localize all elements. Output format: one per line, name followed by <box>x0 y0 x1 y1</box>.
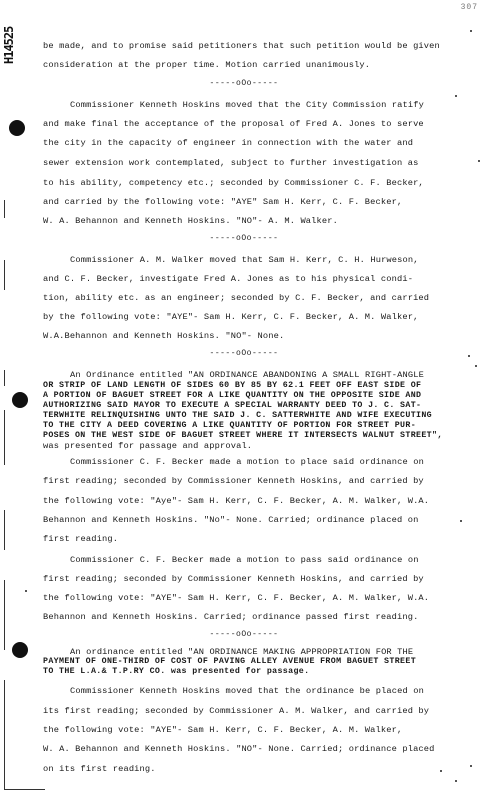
paragraph-2-line: Commissioner Kenneth Hoskins moved that … <box>70 100 424 110</box>
punch-hole-icon <box>12 642 28 658</box>
scan-noise <box>455 95 457 97</box>
scan-noise <box>25 590 27 592</box>
paragraph-6-line: Commissioner C. F. Becker made a motion … <box>70 555 419 565</box>
paragraph-6-line: the following vote: "AYE"- Sam H. Kerr, … <box>43 593 429 603</box>
paragraph-2-line: W. A. Behannon and Kenneth Hoskins. "NO"… <box>43 216 338 226</box>
paragraph-1-line: be made, and to promise said petitioners… <box>43 41 440 51</box>
margin-rule <box>4 510 5 550</box>
paragraph-3-line: Commissioner A. M. Walker moved that Sam… <box>70 255 419 265</box>
ordinance-title-line: AUTHORIZING SAID MAYOR TO EXECUTE A SPEC… <box>43 401 421 410</box>
paragraph-3-line: and C. F. Becker, investigate Fred A. Jo… <box>43 274 413 284</box>
page-mark: 307 <box>461 3 478 12</box>
paragraph-6-line: Behannon and Kenneth Hoskins. Carried; o… <box>43 612 418 622</box>
paragraph-2-line: to his ability, competency etc.; seconde… <box>43 178 424 188</box>
punch-hole-icon <box>12 392 28 408</box>
paragraph-8-line: W. A. Behannon and Kenneth Hoskins. "NO"… <box>43 744 435 754</box>
paragraph-5-line: first reading. <box>43 534 118 544</box>
paragraph-3-line: by the following vote: "AYE"- Sam H. Ker… <box>43 312 418 322</box>
ordinance-title-line: A PORTION OF BAGUET STREET FOR A LIKE QU… <box>43 391 421 400</box>
paragraph-5-line: Behannon and Kenneth Hoskins. "No"- None… <box>43 515 418 525</box>
ordinance-outro: was presented for passage and approval. <box>43 441 252 451</box>
section-separator: -----oOo----- <box>0 630 488 640</box>
scan-noise <box>478 160 480 162</box>
ordinance-intro: An ordinance entitled "AN ORDINANCE MAKI… <box>70 647 413 657</box>
paragraph-8-line: the following vote: "AYE"- Sam H. Kerr, … <box>43 725 402 735</box>
paragraph-5-line: first reading; seconded by Commissioner … <box>43 476 424 486</box>
margin-rule <box>4 200 5 218</box>
document-stamp: H14525 <box>2 2 16 64</box>
scan-noise <box>470 30 472 32</box>
paragraph-1-line: consideration at the proper time. Motion… <box>43 60 370 70</box>
paragraph-5-line: Commissioner C. F. Becker made a motion … <box>70 457 424 467</box>
punch-hole-icon <box>9 120 25 136</box>
bottom-rule <box>5 789 45 790</box>
paragraph-5-line: the following vote: "Aye"- Sam H. Kerr, … <box>43 496 429 506</box>
paragraph-6-line: first reading; seconded by Commissioner … <box>43 574 424 584</box>
scan-noise <box>475 365 477 367</box>
margin-rule <box>4 680 5 790</box>
paragraph-8-line: its first reading; seconded by Commissio… <box>43 706 429 716</box>
margin-rule <box>4 410 5 465</box>
scan-noise <box>440 770 442 772</box>
ordinance-title-line: POSES ON THE WEST SIDE OF BAGUET STREET … <box>43 431 443 440</box>
paragraph-3-line: W.A.Behannon and Kenneth Hoskins. "NO"- … <box>43 331 284 341</box>
paragraph-2-line: sewer extension work contemplated, subje… <box>43 158 418 168</box>
scan-noise <box>460 520 462 522</box>
ordinance-title-line: PAYMENT OF ONE-THIRD OF COST OF PAVING A… <box>43 657 416 666</box>
scan-noise <box>455 780 457 782</box>
paragraph-3-line: tion, ability etc. as an engineer; secon… <box>43 293 429 303</box>
section-separator: -----oOo----- <box>0 234 488 244</box>
document-page: H14525 307 be made, and to promise said … <box>0 0 488 800</box>
margin-rule <box>4 260 5 290</box>
ordinance-intro: An Ordinance entitled "AN ORDINANCE ABAN… <box>70 370 424 380</box>
section-separator: -----oOo----- <box>0 79 488 89</box>
ordinance-title-line: TO THE CITY A DEED COVERING A LIKE QUANT… <box>43 421 416 430</box>
margin-rule <box>4 370 5 386</box>
scan-noise <box>470 765 472 767</box>
paragraph-2-line: the city in the capacity of engineer in … <box>43 138 413 148</box>
paragraph-2-line: and carried by the following vote: "AYE"… <box>43 197 402 207</box>
paragraph-2-line: and make final the acceptance of the pro… <box>43 119 424 129</box>
paragraph-8-line: on its first reading. <box>43 764 156 774</box>
ordinance-title-line: TERWHITE RELINQUISHING UNTO THE SAID J. … <box>43 411 432 420</box>
scan-noise <box>468 355 470 357</box>
section-separator: -----oOo----- <box>0 349 488 359</box>
ordinance-title-line: TO THE L.A.& T.P.RY CO. was presented fo… <box>43 667 309 676</box>
ordinance-title-line: OR STRIP OF LAND LENGTH OF SIDES 60 BY 8… <box>43 381 421 390</box>
paragraph-8-line: Commissioner Kenneth Hoskins moved that … <box>70 686 424 696</box>
